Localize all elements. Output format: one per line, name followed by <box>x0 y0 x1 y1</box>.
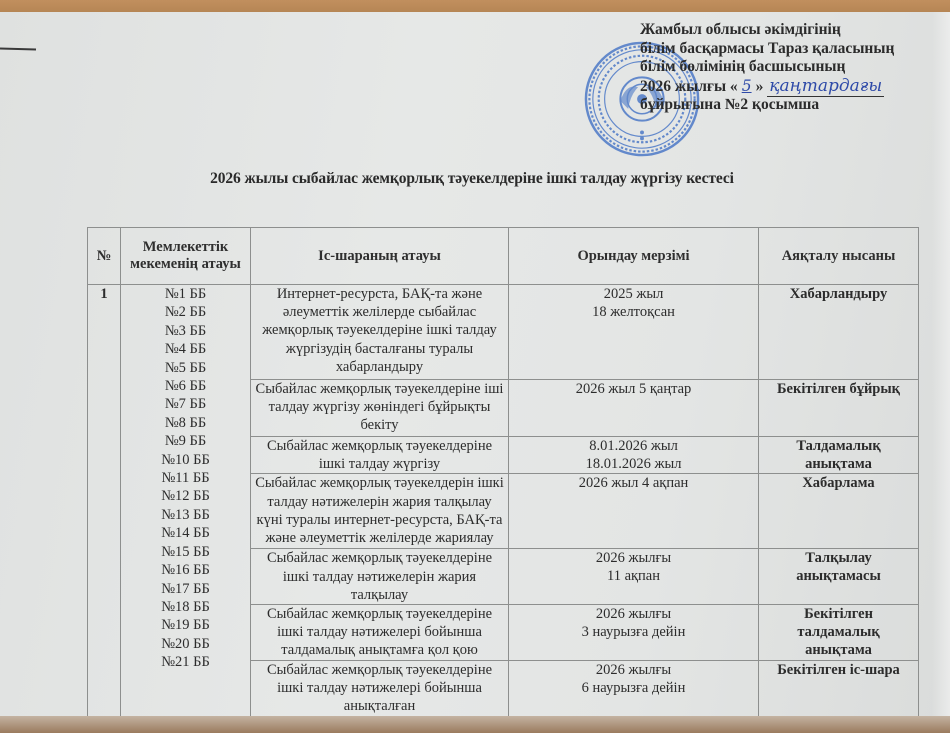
activity-cell: Сыбайлас жемқорлық тәуекелдеріне ішкі та… <box>251 437 509 474</box>
header-num: № <box>88 228 121 285</box>
header-result: Аяқталу нысаны <box>759 228 919 285</box>
activity-cell: Интернет-ресурста, БАҚ-та және әлеуметті… <box>251 285 509 380</box>
activity-cell: Сыбайлас жемқорлық тәуекелдерін ішкі тал… <box>251 474 509 549</box>
header-activity: Іс-шараның атауы <box>251 228 509 285</box>
organizations-list: №1 ББ №2 ББ №3 ББ №4 ББ №5 ББ №6 ББ №7 Б… <box>121 285 251 717</box>
deadline-cell: 8.01.2026 жыл 18.01.2026 жыл <box>509 437 759 474</box>
result-cell: Бекітілген іс-шара <box>759 661 919 717</box>
deadline-cell: 2025 жыл 18 желтоқсан <box>509 285 759 380</box>
approval-line-1: Жамбыл облысы әкімдігінің <box>640 21 894 40</box>
approval-header: Жамбыл облысы әкімдігінің білім басқарма… <box>640 21 894 115</box>
row-number: 1 <box>88 285 121 717</box>
document-title: 2026 жылы сыбайлас жемқорлық тәуекелдері… <box>0 170 950 188</box>
table-header-row: № Мемлекеттік мекеменің атауы Іс-шараның… <box>88 228 919 285</box>
activity-cell: Сыбайлас жемқорлық тәуекелдеріне ішкі та… <box>251 661 509 717</box>
activity-cell: Сыбайлас жемқорлық тәуекелдеріне іші тал… <box>251 380 509 437</box>
result-cell: Талқылау анықтамасы <box>759 549 919 605</box>
schedule-table: № Мемлекеттік мекеменің атауы Іс-шараның… <box>87 227 919 717</box>
result-cell: Хабарландыру <box>759 285 919 380</box>
approval-line-2: білім басқармасы Тараз қаласының <box>640 40 894 59</box>
approval-order-line: бұйрығына №2 қосымша <box>640 96 894 115</box>
table-row: 1 №1 ББ №2 ББ №3 ББ №4 ББ №5 ББ №6 ББ №7… <box>88 285 919 380</box>
result-cell: Хабарлама <box>759 474 919 549</box>
page-shadow <box>932 12 950 717</box>
header-deadline: Орындау мерзімі <box>509 228 759 285</box>
approval-line-3: білім бөлімінің басшысының <box>640 58 894 77</box>
handwritten-month: қаңтардағы <box>767 76 884 97</box>
approval-date-mid: » <box>756 78 764 95</box>
desk-surface-bottom <box>0 716 950 733</box>
deadline-cell: 2026 жылғы 3 наурызға дейін <box>509 605 759 661</box>
approval-date-prefix: 2026 жылғы « <box>640 78 738 95</box>
result-cell: Бекітілген бұйрық <box>759 380 919 437</box>
deadline-cell: 2026 жыл 4 ақпан <box>509 474 759 549</box>
header-organization: Мемлекеттік мекеменің атауы <box>121 228 251 285</box>
pen-mark <box>0 48 36 51</box>
result-cell: Бекітілген талдамалық анықтама <box>759 605 919 661</box>
document-title-text: 2026 жылы сыбайлас жемқорлық тәуекелдері… <box>210 170 734 187</box>
activity-cell: Сыбайлас жемқорлық тәуекелдеріне ішкі та… <box>251 605 509 661</box>
handwritten-day: 5 <box>738 77 756 95</box>
deadline-cell: 2026 жылғы 11 ақпан <box>509 549 759 605</box>
deadline-cell: 2026 жыл 5 қаңтар <box>509 380 759 437</box>
deadline-cell: 2026 жылғы 6 наурызға дейін <box>509 661 759 717</box>
result-cell: Талдамалық анықтама <box>759 437 919 474</box>
activity-cell: Сыбайлас жемқорлық тәуекелдеріне ішкі та… <box>251 549 509 605</box>
approval-date-line: 2026 жылғы «5» қаңтардағы <box>640 77 894 97</box>
